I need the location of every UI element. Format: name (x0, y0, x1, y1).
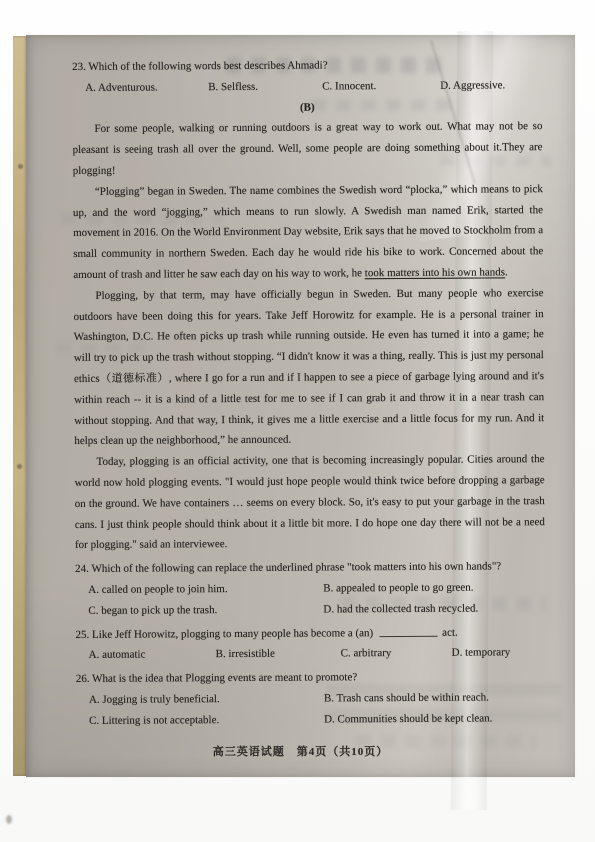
underlined-phrase: took matters into his own hands (365, 266, 505, 279)
question-26: 26. What is the idea that Plogging event… (76, 666, 546, 731)
passage-b-label: (B) (72, 96, 542, 120)
exam-paper: 23. Which of the following words best de… (26, 35, 575, 777)
question-26-options: A. Jogging is truly beneficial. B. Trash… (76, 687, 546, 731)
question-25-option-a: A. automatic (89, 644, 216, 666)
exam-content: 23. Which of the following words best de… (72, 54, 546, 731)
question-25-stem-end: act. (442, 626, 458, 638)
passage-paragraph-1: For some people, walking or running outd… (72, 117, 542, 182)
question-26-option-a: A. Jogging is truly beneficial. (89, 688, 324, 710)
page-footer: 高三英语试题 第4页（共10页） (26, 743, 575, 759)
question-24-option-a: A. called on people to join him. (88, 578, 323, 600)
question-24: 24. Which of the following can replace t… (75, 556, 545, 621)
question-25-option-c: C. arbitrary (341, 643, 452, 664)
paper-speck (17, 464, 22, 469)
question-26-stem: 26. What is the idea that Plogging event… (76, 666, 546, 690)
question-26-option-b: B. Trash cans should be within reach. (324, 687, 546, 709)
paragraph-2-period: . (505, 266, 508, 278)
question-26-option-c: C. Littering is not acceptable. (89, 709, 324, 731)
question-23-options: A. Adventurous. B. Selfless. C. Innocent… (72, 75, 542, 99)
question-24-option-c: C. began to pick up the trash. (88, 599, 323, 621)
question-23-option-a: A. Adventurous. (85, 77, 208, 99)
question-23-stem: 23. Which of the following words best de… (72, 54, 542, 78)
passage-paragraph-3: Plogging, by that term, may have officia… (73, 283, 544, 452)
margin-speck (6, 815, 12, 824)
question-23-option-c: C. Innocent. (322, 76, 440, 98)
answer-blank (379, 634, 437, 636)
question-24-option-b: B. appealed to people to go green. (323, 577, 545, 599)
question-25-stem-text: 25. Like Jeff Horowitz, plogging to many… (75, 627, 373, 641)
passage-paragraph-4: Today, plogging is an official activity,… (74, 449, 545, 556)
question-24-option-d: D. had the collected trash recycled. (323, 598, 545, 620)
question-25-option-b: B. irresistible (216, 644, 341, 666)
question-24-options: A. called on people to join him. B. appe… (75, 577, 545, 621)
question-23-option-d: D. Aggressive. (440, 75, 542, 96)
question-25-options: A. automatic B. irresistible C. arbitrar… (76, 642, 546, 666)
question-25-option-d: D. temporary (452, 642, 546, 663)
passage-paragraph-2: “Plogging” began in Sweden. The name com… (73, 179, 544, 286)
question-23-option-b: B. Selfless. (208, 76, 322, 97)
paper-speck (18, 164, 23, 169)
photo-background: 23. Which of the following words best de… (0, 0, 595, 842)
question-26-option-d: D. Communities should be kept clean. (324, 708, 546, 730)
question-25: 25. Like Jeff Horowitz, plogging to many… (75, 622, 545, 666)
question-24-stem: 24. Which of the following can replace t… (75, 556, 545, 580)
question-25-stem: 25. Like Jeff Horowitz, plogging to many… (75, 622, 545, 646)
